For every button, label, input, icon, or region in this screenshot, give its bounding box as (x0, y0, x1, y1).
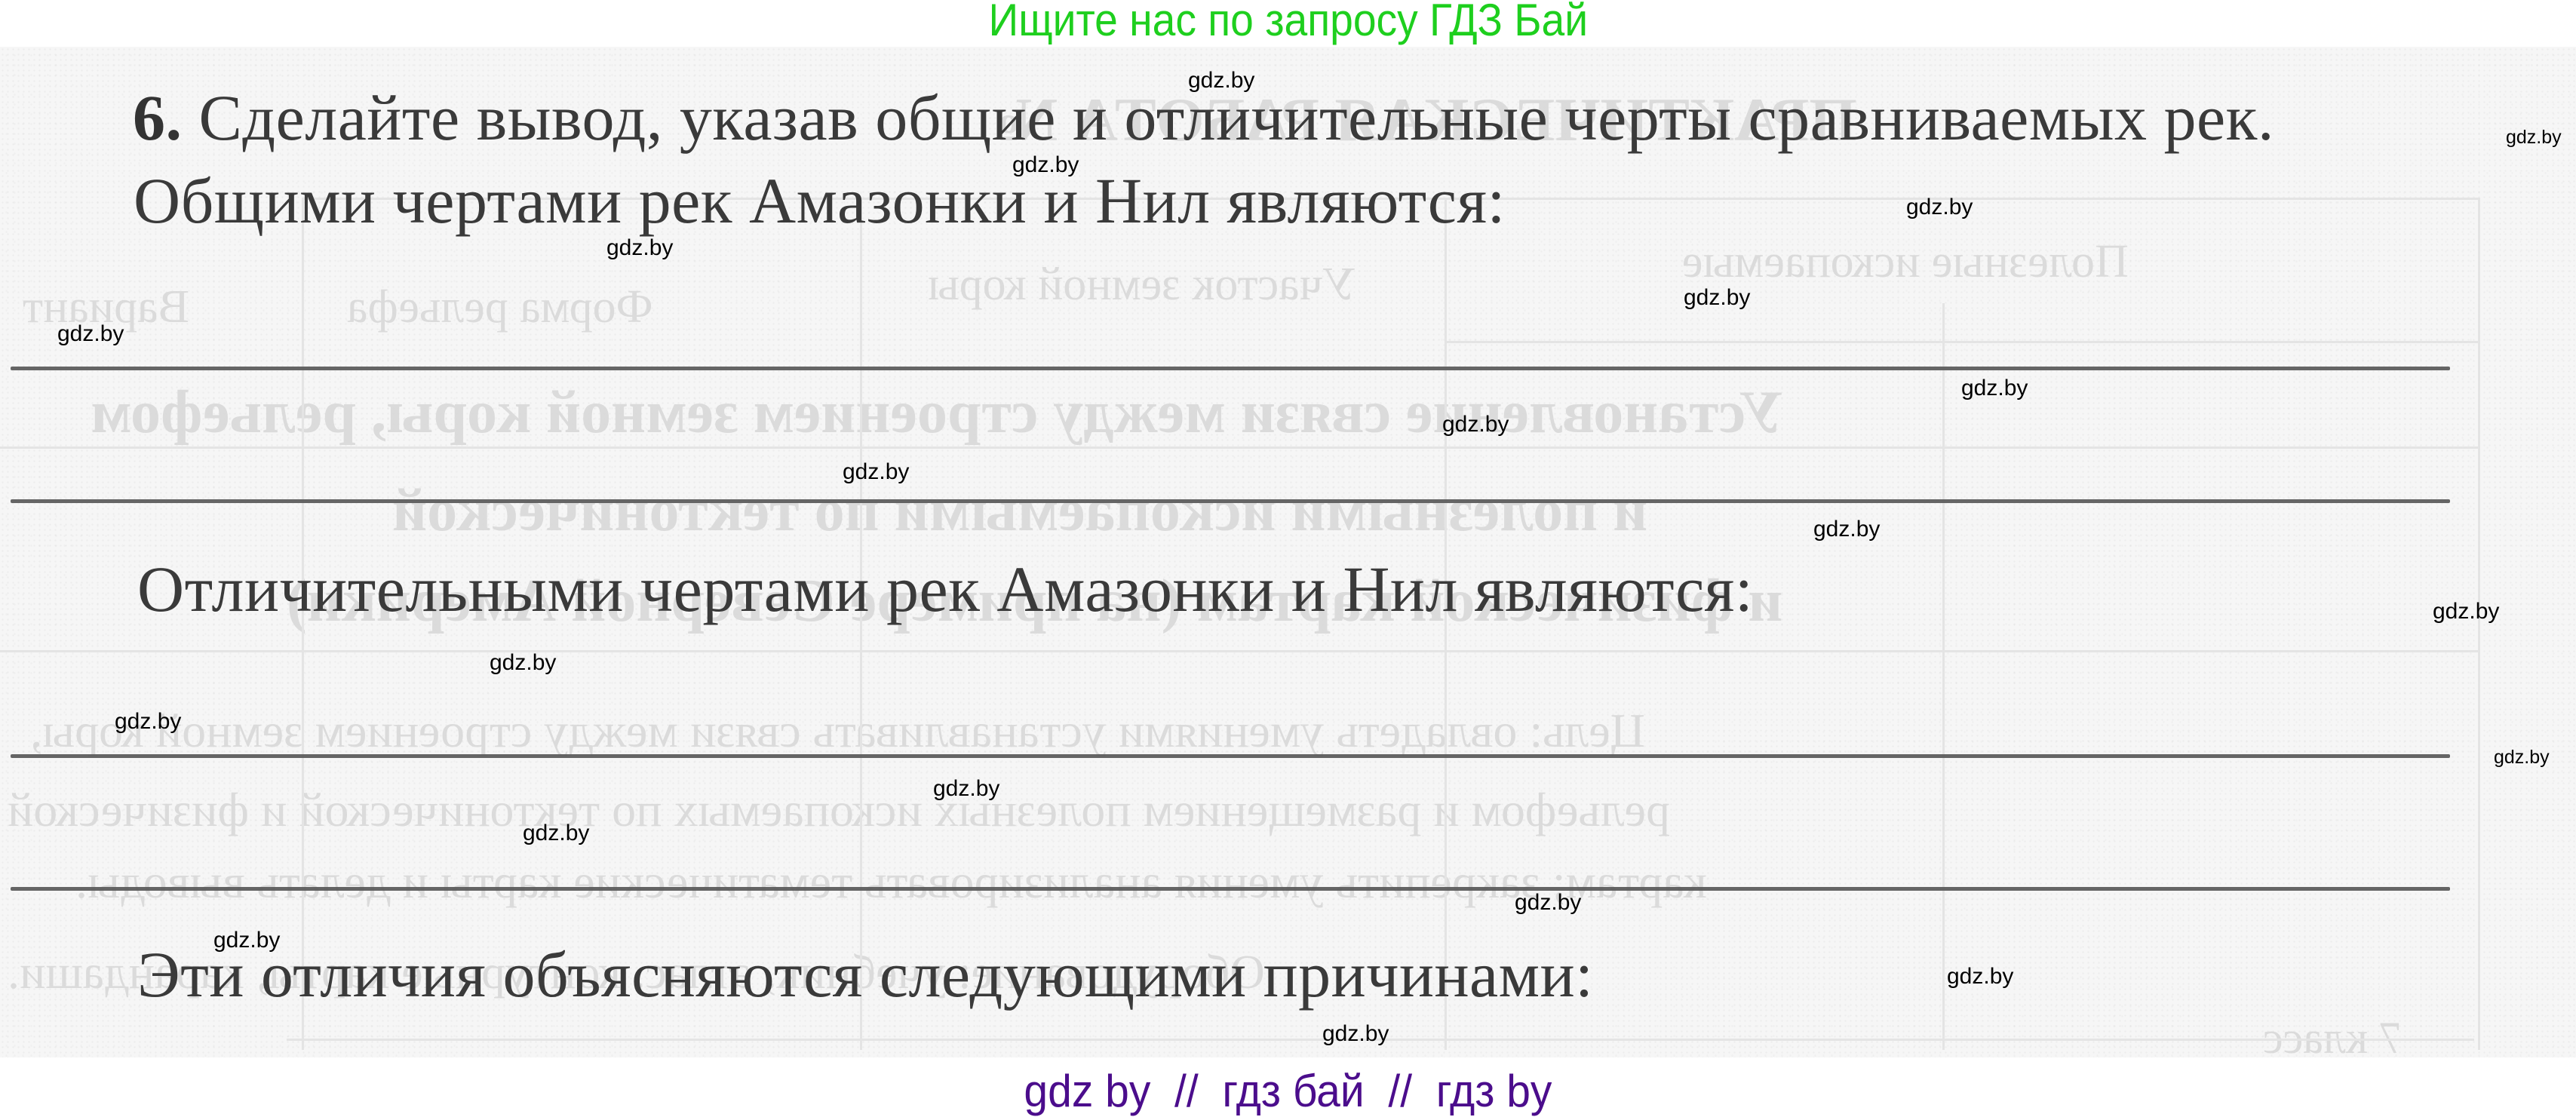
watermark: gdz.by (1947, 965, 2013, 988)
watermark: gdz.by (606, 237, 673, 259)
bleed-table-hline (0, 446, 2478, 449)
watermark: gdz.by (1442, 413, 1509, 436)
bleed-table-vline (2478, 198, 2480, 1050)
watermark: gdz.by (1684, 287, 1750, 309)
watermark: gdz.by (523, 822, 589, 845)
bleed-table-vline (1942, 303, 1945, 1050)
watermark: gdz.by (2494, 748, 2550, 767)
bleed-through-line-5: рельефом и размещением полезных ископаем… (8, 782, 1670, 838)
bleed-through-header-minerals: Полезные ископаемые (1682, 235, 2129, 289)
watermark: gdz.by (213, 929, 280, 952)
answer-line-distinct-2[interactable] (11, 887, 2450, 891)
common-features-label: Общими чертами рек Амазонки и Нил являют… (134, 168, 1506, 233)
answer-line-common-1[interactable] (11, 367, 2450, 370)
answer-line-distinct-1[interactable] (11, 754, 2450, 758)
task-number: 6. (133, 81, 183, 154)
watermark: gdz.by (1961, 377, 2028, 400)
bleed-through-line-2: и полезными ископаемыми по тектонической (392, 477, 1647, 545)
task-prompt: 6. Сделайте вывод, указав общие и отличи… (133, 85, 2274, 150)
watermark: gdz.by (57, 323, 124, 345)
banner-text: Ищите нас по запросу ГДЗ Бай (988, 0, 1588, 44)
bleed-through-line-8: 7 класс (2263, 1012, 2402, 1057)
bleed-table-hline (1445, 341, 2478, 343)
footer-text: gdz by // гдз бай // гдз by (1024, 1065, 1552, 1117)
bleed-through-header-landform: Форма рельефа (347, 281, 653, 334)
bleed-table-hline (0, 650, 2478, 652)
bleed-through-line-1: Установление связи между строением земно… (91, 379, 1783, 447)
watermark: gdz.by (933, 778, 999, 800)
workbook-page: ПРАКТИЧЕСКАЯ РАБОТА № Вариант Форма рель… (0, 47, 2576, 1057)
watermark: gdz.by (843, 461, 909, 483)
distinct-features-label: Отличительными чертами рек Амазонки и Ни… (137, 557, 1753, 621)
answer-line-common-2[interactable] (11, 499, 2450, 503)
watermark: gdz.by (1012, 154, 1079, 176)
watermark: gdz.by (2433, 600, 2499, 623)
watermark: gdz.by (1515, 891, 1581, 914)
reasons-label: Эти отличия объясняются следующими причи… (137, 942, 1594, 1007)
watermark: gdz.by (490, 652, 556, 674)
bleed-through-header-crust: Участок земной коры (928, 258, 1356, 311)
bleed-through-line-6: картам; закрепить умения анализировать т… (75, 854, 1707, 910)
search-banner: Ищите нас по запросу ГДЗ Бай (0, 0, 2576, 47)
footer: gdz by // гдз бай // гдз by (0, 1057, 2576, 1117)
watermark: gdz.by (1188, 69, 1254, 92)
watermark: gdz.by (1906, 196, 1973, 219)
watermark: gdz.by (1322, 1023, 1389, 1045)
watermark: gdz.by (1813, 518, 1880, 541)
watermark: gdz.by (2506, 128, 2562, 147)
watermark: gdz.by (115, 710, 181, 733)
bleed-through-line-4: Цель: овладеть умениями устанавливать св… (30, 703, 1645, 759)
